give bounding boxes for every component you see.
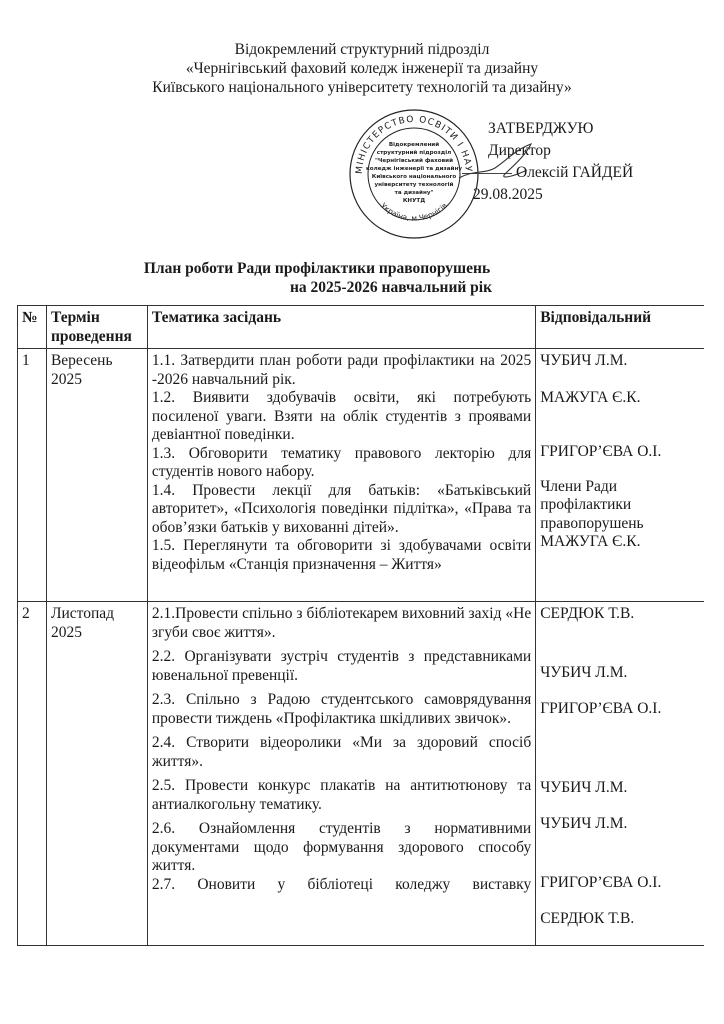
row-responsible: ЧУБИЧ Л.М. МАЖУГА Є.К. ГРИГОР’ЄВА О.І. Ч… xyxy=(536,349,704,602)
topic-item: 2.4. Створити відеоролики «Ми за здорови… xyxy=(152,734,531,771)
row-number: 2 xyxy=(18,602,47,946)
plan-title-line1: План роботи Ради профілактики правопоруш… xyxy=(0,259,724,278)
approval-label: ЗАТВЕРДЖУЮ xyxy=(430,118,720,140)
topic-item: 1.2. Виявити здобувачів освіти, які потр… xyxy=(152,389,531,445)
row-term: Вересень 2025 xyxy=(46,349,147,602)
column-header-number: № xyxy=(18,306,47,349)
column-header-responsible: Відповідальний xyxy=(536,306,704,349)
topic-item: 2.5. Провести конкурс плакатів на антитю… xyxy=(152,777,531,814)
responsible-person: ЧУБИЧ Л.М. xyxy=(540,352,700,371)
plan-title: План роботи Ради профілактики правопоруш… xyxy=(0,259,724,297)
responsible-person: Члени Ради профілактики правопорушень xyxy=(540,478,650,534)
handwritten-signature xyxy=(455,140,545,190)
topic-item: 2.6. Ознайомлення студентів з нормативни… xyxy=(152,820,531,876)
row-topics: 2.1.Провести спільно з бібліотекарем вих… xyxy=(147,602,535,946)
table-row: 1 Вересень 2025 1.1. Затвердити план роб… xyxy=(18,349,705,602)
row-number: 1 xyxy=(18,349,47,602)
plan-table: № Термін проведення Тематика засідань Ві… xyxy=(17,305,704,946)
topic-item: 1.1. Затвердити план роботи ради профіла… xyxy=(152,352,531,389)
table-row: 2 Листопад 2025 2.1.Провести спільно з б… xyxy=(18,602,705,946)
responsible-person: МАЖУГА Є.К. xyxy=(540,389,700,408)
org-line: Відокремлений структурний підрозділ xyxy=(0,40,724,59)
table-header-row: № Термін проведення Тематика засідань Ві… xyxy=(18,306,705,349)
responsible-person: ЧУБИЧ Л.М. xyxy=(540,815,700,834)
responsible-person: МАЖУГА Є.К. xyxy=(540,533,700,552)
row-term: Листопад 2025 xyxy=(46,602,147,946)
topic-item: 2.2. Організувати зустріч студентів з пр… xyxy=(152,648,531,685)
topic-item: 1.3. Обговорити тематику правового лекто… xyxy=(152,445,531,482)
row-responsible: СЕРДЮК Т.В. ЧУБИЧ Л.М. ГРИГОР’ЄВА О.І. Ч… xyxy=(536,602,704,946)
responsible-person: ГРИГОР’ЄВА О.І. xyxy=(540,700,700,719)
responsible-person: СЕРДЮК Т.В. xyxy=(540,910,700,929)
plan-title-line2: на 2025-2026 навчальний рік xyxy=(0,278,724,297)
responsible-person: ГРИГОР’ЄВА О.І. xyxy=(540,874,700,893)
topic-item: 2.1.Провести спільно з бібліотекарем вих… xyxy=(152,605,531,642)
topic-item: 2.7. Оновити у бібліотеці коледжу вистав… xyxy=(152,876,531,895)
org-line: Київського національного університету те… xyxy=(0,78,724,97)
topic-item: 1.5. Переглянути та обговорити зі здобув… xyxy=(152,537,531,574)
row-topics: 1.1. Затвердити план роботи ради профіла… xyxy=(147,349,535,602)
topic-item: 1.4. Провести лекції для батьків: «Батьк… xyxy=(152,482,531,538)
column-header-term: Термін проведення xyxy=(46,306,147,349)
responsible-person: СЕРДЮК Т.В. xyxy=(540,605,700,624)
responsible-person: ЧУБИЧ Л.М. xyxy=(540,779,700,798)
column-header-topic: Тематика засідань xyxy=(147,306,535,349)
organization-header: Відокремлений структурний підрозділ «Чер… xyxy=(0,40,724,97)
svg-text:КНУТД: КНУТД xyxy=(403,198,425,204)
org-line: «Чернігівський фаховий коледж інженерії … xyxy=(0,59,724,78)
responsible-person: ГРИГОР’ЄВА О.І. xyxy=(540,443,700,462)
responsible-person: ЧУБИЧ Л.М. xyxy=(540,664,700,683)
svg-text:та дизайну": та дизайну" xyxy=(395,189,434,196)
topic-item: 2.3. Спільно з Радою студентського самов… xyxy=(152,691,531,728)
